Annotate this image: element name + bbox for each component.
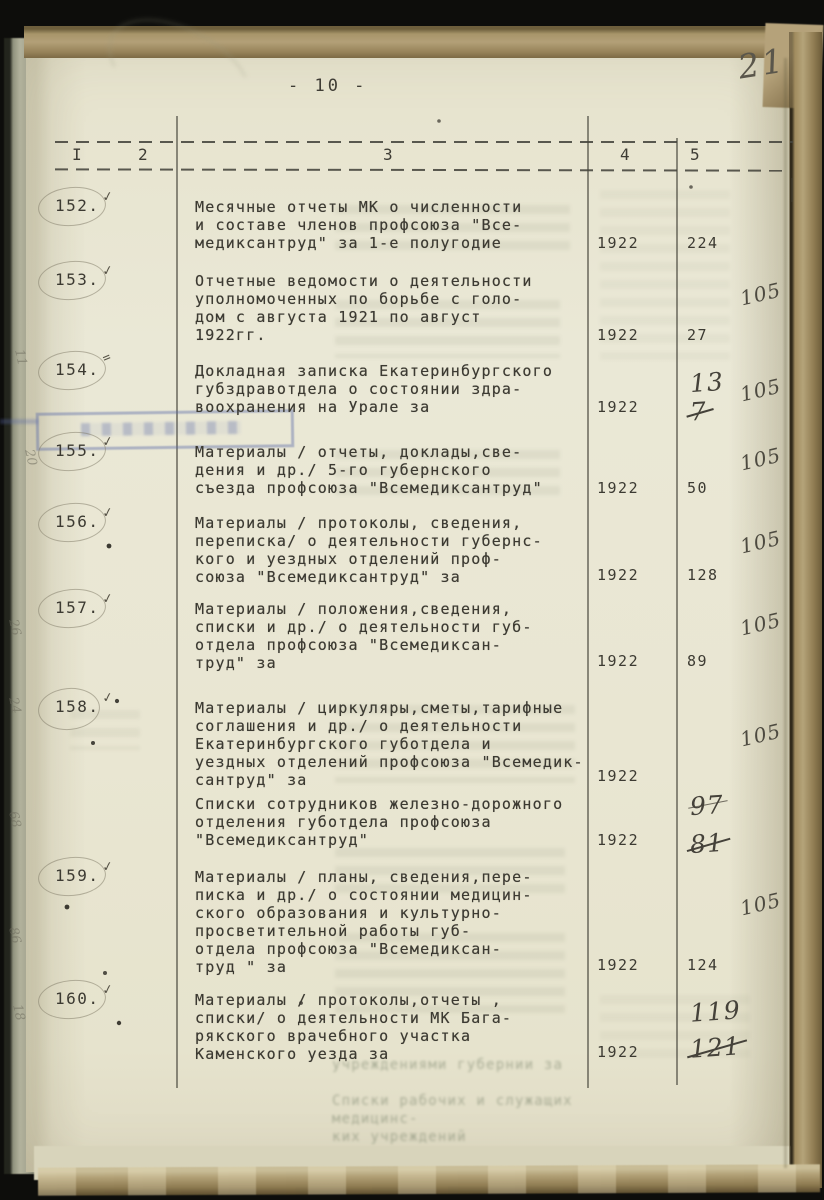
margin-mark: 24 — [5, 696, 23, 715]
entry-year: 1922 — [597, 1043, 639, 1061]
scanned-archive-page: учреждениями губернии за Списки рабочих … — [0, 0, 824, 1200]
page-edge-shadow — [784, 58, 787, 1168]
entry-sheet-count: 124 — [687, 956, 719, 974]
entry-description: Докладная записка Екатеринбургского губз… — [195, 362, 597, 416]
entry-number: 159. — [55, 866, 100, 885]
margin-mark: 68 — [5, 810, 23, 829]
entry-description: Материалы / положения,сведения, списки и… — [195, 600, 597, 672]
entry-sheet-count: 50 — [687, 479, 708, 497]
entry-description: Месячные отчеты МК о численности и соста… — [195, 198, 597, 252]
entry-number: 153. — [55, 270, 100, 289]
corrected-count-handwritten: 119 — [689, 995, 742, 1027]
entry-sheet-count: 89 — [687, 652, 708, 670]
entry-description: Материалы / циркуляры,сметы,тарифные сог… — [195, 699, 597, 789]
entry-number: 156. — [55, 512, 100, 531]
entry-number: 158. — [55, 697, 100, 716]
entry-description: Отчетные ведомости о деятельности уполно… — [195, 272, 597, 344]
table-header-dashed-line-top — [55, 141, 793, 143]
entry-year: 1922 — [597, 479, 639, 497]
entry-year: 1922 — [597, 831, 639, 849]
column-header-2: 2 — [138, 145, 148, 164]
column-header-5: 5 — [690, 145, 700, 164]
margin-mark: 11 — [11, 348, 29, 367]
column-divider-right — [791, 178, 793, 202]
corrected-count-handwritten: 13 — [689, 367, 725, 398]
entry-year: 1922 — [597, 398, 639, 416]
corrected-count-handwritten: 97 — [689, 790, 725, 821]
entry-number: 155. — [55, 441, 100, 460]
entry-year: 1922 — [597, 956, 639, 974]
folio-number-handwritten: 21 — [735, 40, 789, 86]
struck-out-count: 81 — [689, 828, 725, 859]
entry-number: 154. — [55, 360, 100, 379]
struck-out-count: 121 — [689, 1031, 742, 1063]
column-divider-2-3 — [176, 116, 178, 1088]
tape-bottom-edge — [38, 1164, 820, 1195]
paper-speckles — [0, 0, 2, 2]
entry-number: 152. — [55, 196, 100, 215]
entry-description: Материалы / отчеты, доклады,све- дения и… — [195, 443, 597, 497]
entry-year: 1922 — [597, 326, 639, 344]
entry-year: 1922 — [597, 767, 639, 785]
stamp-ink-smear — [0, 419, 38, 424]
entry-number: 160. — [55, 989, 100, 1008]
entry-year: 1922 — [597, 234, 639, 252]
entry-description: Списки сотрудников железно-дорожного отд… — [195, 795, 597, 849]
entry-description: Материалы / протоколы,отчеты , списки/ о… — [195, 991, 597, 1063]
show-through-ghost-text: учреждениями губернии за Списки рабочих … — [332, 1056, 662, 1146]
entry-year: 1922 — [597, 652, 639, 670]
margin-mark: 26 — [5, 618, 23, 637]
entry-description: Материалы / планы, сведения,пере- писка … — [195, 868, 597, 976]
entry-year: 1922 — [597, 566, 639, 584]
entry-sheet-count: 128 — [687, 566, 719, 584]
entry-description: Материалы / протоколы, сведения, перепис… — [195, 514, 597, 586]
column-header-1: I — [72, 145, 82, 164]
margin-mark: 18 — [9, 1003, 27, 1022]
entry-number: 157. — [55, 598, 100, 617]
entry-sheet-count: 224 — [687, 234, 719, 252]
margin-mark: 86 — [5, 926, 23, 945]
column-divider-4-5 — [676, 138, 678, 1085]
struck-out-count: 7 — [689, 396, 708, 426]
column-header-3: 3 — [383, 145, 393, 164]
page-number: - 10 - — [288, 76, 367, 96]
entry-sheet-count: 27 — [687, 326, 708, 344]
column-header-4: 4 — [620, 145, 630, 164]
tape-right-edge — [789, 32, 822, 1188]
